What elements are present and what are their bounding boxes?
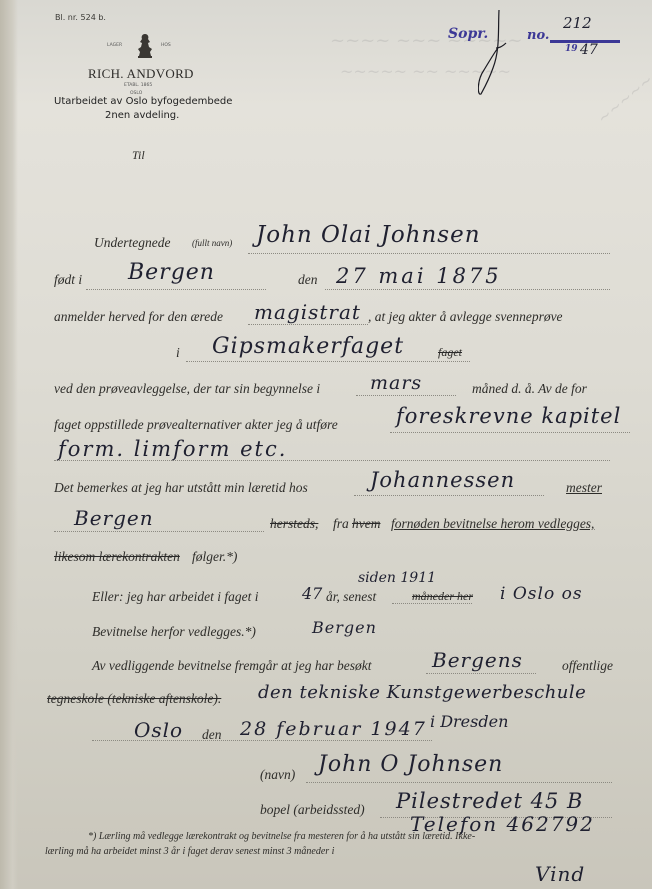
alternatives-value-line1[interactable]: foreskrevne kapitel (396, 404, 621, 428)
school-attended-line (426, 673, 536, 674)
exam-start-suffix: måned d. å. Av de for (472, 381, 587, 397)
alternatives-value-line2[interactable]: form. limform etc. (58, 437, 287, 461)
master-name-value[interactable]: Johannessen (370, 468, 515, 492)
master-city-value[interactable]: Bergen (74, 506, 154, 530)
birth-date-label: den (298, 272, 318, 288)
signature-value[interactable]: John O Johnsen (318, 752, 503, 777)
form-number: Bl. nr. 524 b. (55, 13, 106, 22)
name-label: (navn) (260, 767, 295, 783)
show-through-text: ~~~~~~ (593, 61, 652, 127)
school-suffix: offentlige (562, 658, 613, 674)
address-value[interactable]: Pilestredet 45 B (396, 789, 584, 813)
trade-line (186, 361, 470, 362)
footnote-line2: lærling må ha arbeidet minst 3 år i fage… (45, 846, 334, 857)
from-text: fra (333, 516, 349, 532)
registration-number: 212 (563, 14, 592, 32)
place-struck: hersteds, (270, 516, 318, 532)
months-struck: måneder her (412, 589, 473, 604)
addressee-label: Til (132, 148, 145, 163)
signature-line (306, 782, 612, 783)
years-value[interactable]: 47 (302, 584, 322, 603)
trade-prefix: i (176, 345, 180, 361)
school-city-value[interactable]: i Dresden (430, 712, 508, 731)
born-label: født i (54, 272, 82, 288)
evidence-label: Bevitnelse herfor vedlegges.*) (92, 624, 256, 640)
full-name-line (248, 253, 610, 254)
full-name-value[interactable]: John Olai Johnsen (256, 222, 481, 248)
handwritten-initial-icon (478, 10, 508, 95)
contract-struck: likesom lærekontrakten (54, 549, 180, 565)
certificate-text: fornøden bevitnelse herom vedlegges, (391, 516, 594, 532)
sign-date-value[interactable]: 28 februar 1947 (240, 718, 427, 740)
exam-month-line (356, 395, 456, 396)
trade-value[interactable]: Gipsmakerfaget (212, 334, 404, 359)
authority-value[interactable]: magistrat (254, 300, 361, 324)
publisher-established: ETABL. 1865 (124, 83, 152, 88)
school-written-value[interactable]: den tekniske Kunstgewerbeschule (258, 682, 586, 703)
authority-prefix: anmelder herved for den ærede (54, 309, 223, 325)
stamp-no-label: no. (527, 28, 549, 43)
sign-date-label: den (202, 727, 222, 743)
evidence-place-value[interactable]: Bergen (312, 618, 377, 637)
stamp-year-prefix: 19 (565, 44, 578, 54)
alternative-prefix: Eller: jeg har arbeidet i faget i (92, 589, 258, 605)
bottom-annotation: Vind (535, 862, 585, 886)
footnote-line1: *) Lærling må vedlegge lærekontrakt og b… (88, 831, 475, 842)
undersigned-label: Undertegnede (94, 235, 170, 251)
school-prefix: Av vedliggende bevitnelse fremgår at jeg… (92, 658, 372, 674)
full-name-hint: (fullt navn) (192, 238, 232, 248)
since-annotation[interactable]: siden 1911 (358, 570, 436, 586)
logo-left-text: LAGER (107, 43, 122, 48)
trade-suffix-struck: faget (438, 345, 462, 360)
master-suffix: mester (566, 480, 602, 496)
master-city-line (54, 531, 264, 532)
apprentice-prefix: Det bemerkes at jeg har utstått min lære… (54, 480, 308, 496)
authority-line (248, 324, 368, 325)
prepared-by-line1: Utarbeidet av Oslo byfogedembede (54, 96, 232, 107)
hvem-struck: hvem (352, 516, 380, 532)
birthplace-line (86, 289, 266, 290)
exam-start-prefix: ved den prøveavleggelse, der tar sin beg… (54, 381, 320, 397)
alternatives-prefix: faget oppstillede prøvealternativer akte… (54, 417, 338, 433)
school-struck: tegneskole (tekniske aftenskole). (47, 691, 221, 707)
years-suffix: år, senest (326, 589, 376, 605)
authority-suffix: , at jeg akter å avlegge svenneprøve (368, 309, 563, 325)
master-name-line (354, 495, 544, 496)
publisher-name: RICH. ANDVORD (88, 66, 194, 82)
birth-date-line (325, 289, 610, 290)
publisher-logo-icon (133, 32, 157, 60)
contract-follows: følger.*) (192, 549, 237, 565)
registration-year: 47 (580, 42, 598, 58)
alternatives-line1 (390, 432, 630, 433)
school-struck-text: tegneskole (tekniske aftenskole). (47, 691, 221, 706)
exam-month-value[interactable]: mars (370, 372, 422, 394)
prepared-by-line2: 2nen avdeling. (105, 110, 179, 121)
birthplace-value[interactable]: Bergen (128, 260, 215, 285)
logo-right-text: HOS (161, 43, 171, 48)
birth-date-value[interactable]: 27 mai 1875 (336, 264, 502, 288)
paper-edge (0, 0, 18, 889)
school-attended-value[interactable]: Bergens (432, 648, 523, 672)
sign-place-value[interactable]: Oslo (134, 718, 183, 742)
address-label: bopel (arbeidssted) (260, 802, 365, 818)
work-place-value[interactable]: i Oslo os (500, 584, 583, 604)
